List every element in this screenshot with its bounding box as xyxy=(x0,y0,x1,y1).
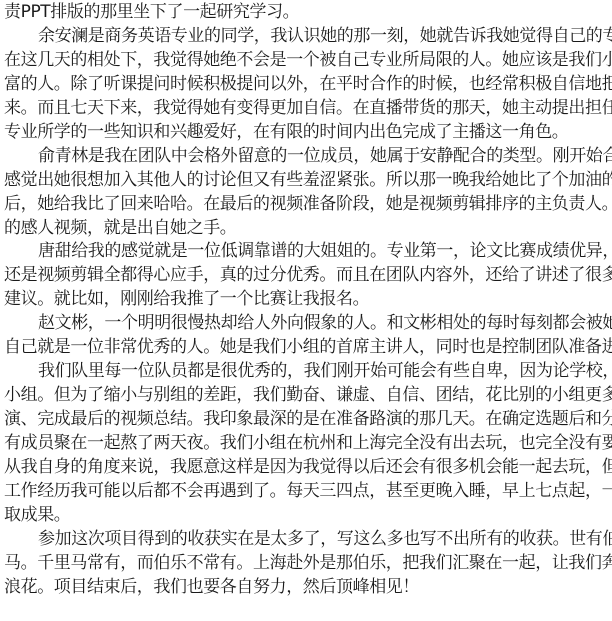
document-page: 责PPT排版的那里坐下了一起研究学习。 余安澜是商务英语专业的同学，我认识她的那… xyxy=(0,0,612,621)
paragraph-line: 浪花。项目结束后，我们也要各自努力，然后顶峰相见！ xyxy=(4,575,419,599)
paragraph-line: 工作经历我可能以后都不会再遇到了。每天三四点，甚至更晚入睡，早上七点起，一起用时… xyxy=(4,479,612,503)
paragraph-line: 赵文彬，一个明明很慢热却给人外向假象的人。和文彬相处的每时每刻都会被她夸奖，但其… xyxy=(38,311,612,335)
paragraph-line: 从我自身的角度来说，我愿意这样是因为我觉得以后还会有很多机会能一起去玩，但是这样… xyxy=(4,455,612,479)
paragraph-line: 马。千里马常有，而伯乐不常有。上海赴外是那伯乐，把我们汇聚在一起，让我们奔腾出属… xyxy=(4,551,612,575)
paragraph-line: 演、完成最后的视频总结。我印象最深的是在准备路演的那几天。在确定选题后和分工，我… xyxy=(4,407,612,431)
paragraph-line: 感觉出她很想加入其他人的讨论但又有些羞涩紧张。所以那一晚我给她比了个加油的手势，… xyxy=(4,168,612,192)
paragraph-line: 自己就是一位非常优秀的人。她是我们小组的首席主讲人，同时也是控制团队准备进度的副… xyxy=(4,335,612,359)
paragraph-line: 俞青林是我在团队中会格外留意的一位成员，她属于安静配合的类型。刚开始合作的时候，… xyxy=(38,144,612,168)
paragraph-line: 唐甜给我的感觉就是一位低调靠谱的大姐姐的。专业第一，论文比赛成绩优异，不管是PP… xyxy=(38,239,612,263)
paragraph-line: 的感人视频，就是出自她之手。 xyxy=(4,216,236,240)
paragraph-line: 来。而且七天下来，我觉得她有变得更加自信。在直播带货的那天，她主动提出担任主播，… xyxy=(4,96,612,120)
paragraph-line: 有成员聚在一起熬了两天夜。我们小组在杭州和上海完全没有出去玩，也完全没有要出去玩… xyxy=(4,431,612,455)
paragraph-line: 专业所学的一些知识和兴趣爱好，在有限的时间内出色完成了主播这一角色。 xyxy=(4,120,568,144)
paragraph-line: 还是视频剪辑全都得心应手，真的过分优秀。而且在团队内容外，还给了讲述了很多过来人… xyxy=(4,263,612,287)
paragraph-line: 建议。就比如，刚刚给我推了一个比赛让我报名。 xyxy=(4,287,369,311)
paragraph-line: 富的人。除了听课提问时候积极提问以外，在平时合作的时候，也经常积极自信地把自己的… xyxy=(4,72,612,96)
paragraph-line: 余安澜是商务英语专业的同学，我认识她的那一刻，她就告诉我她觉得自己的专业非常卑微… xyxy=(38,24,612,48)
paragraph-line: 我们队里每一位队员都是很优秀的，我们刚开始可能会有些自卑，因为论学校，我们比不过… xyxy=(38,359,612,383)
paragraph-line: 取成果。 xyxy=(4,503,70,527)
paragraph-line: 后，她给我比了回来哈哈。在最后的视频准备阶段，她是视频剪辑排序的主负责人。我们组… xyxy=(4,192,612,216)
paragraph-line: 参加这次项目得到的收获实在是太多了，写这么多也写不出所有的收获。世有伯乐，然后有… xyxy=(38,527,612,551)
paragraph-line: 在这几天的相处下，我觉得她绝不会是一个被自己专业所局限的人。她应该是我们小组实习… xyxy=(4,48,612,72)
paragraph-line: 责PPT排版的那里坐下了一起研究学习。 xyxy=(4,0,299,24)
paragraph-line: 小组。但为了缩小与别组的差距，我们勤奋、谦虚、自信、团结，花比别的小组更多的时间… xyxy=(4,383,612,407)
